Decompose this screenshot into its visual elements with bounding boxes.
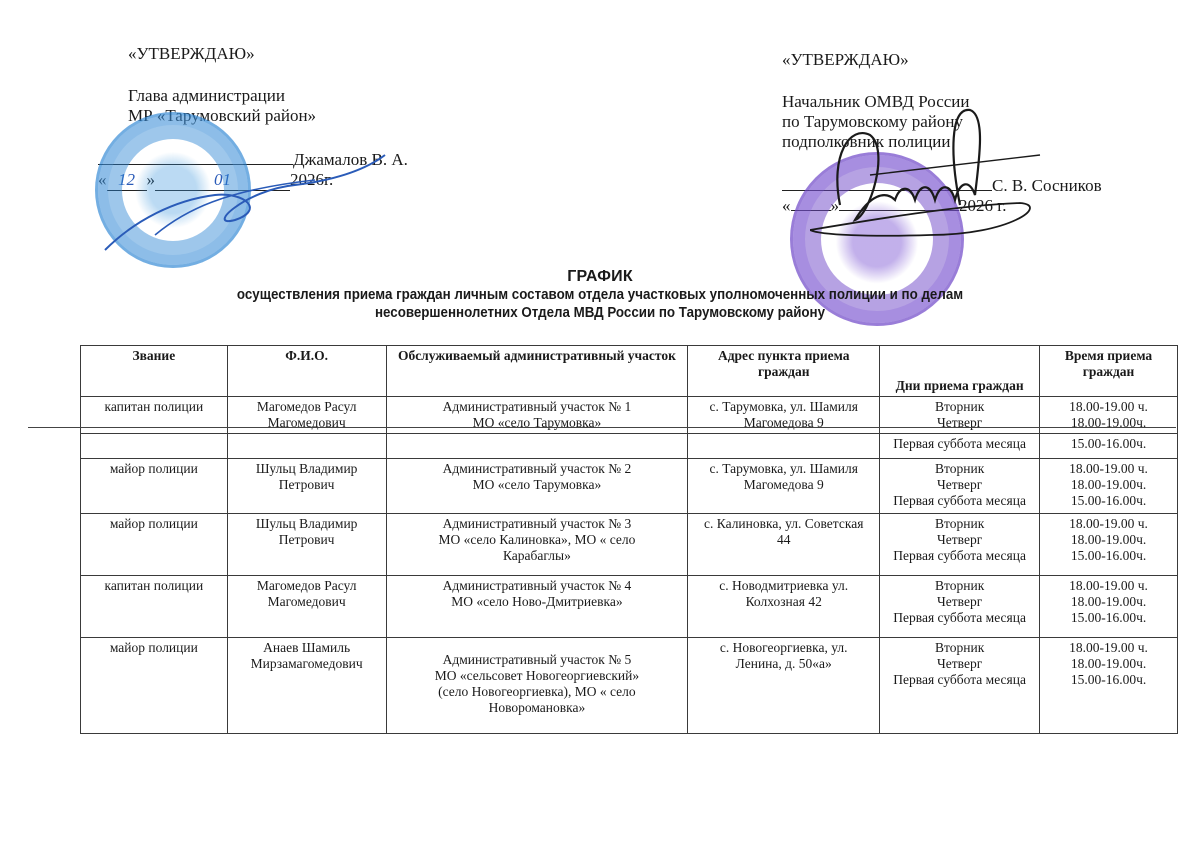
days-cell: ВторникЧетвергПервая суббота месяца <box>880 576 1040 638</box>
days-line: Первая суббота месяца <box>883 672 1036 688</box>
address-cell <box>688 434 880 459</box>
days-line: Четверг <box>883 415 1036 431</box>
approver-organization: по Тарумовскому району <box>782 112 1102 132</box>
rank-cell: майор полиции <box>81 514 228 576</box>
times-cell: 18.00-19.00 ч.18.00-19.00ч.15.00-16.00ч. <box>1040 576 1178 638</box>
days-line: Вторник <box>883 516 1036 532</box>
times-line: 15.00-16.00ч. <box>1043 610 1174 626</box>
document-title: ГРАФИК осуществления приема граждан личн… <box>0 268 1200 322</box>
date-year: 2026 г. <box>959 196 1007 215</box>
reception-schedule-table: Звание Ф.И.О. Обслуживаемый администрати… <box>80 345 1178 734</box>
days-line: Четверг <box>883 594 1036 610</box>
date-year: 2026г. <box>290 170 333 189</box>
district-line: МО «село Тарумовка» <box>390 477 685 493</box>
rank-cell <box>81 434 228 459</box>
days-line: Вторник <box>883 399 1036 415</box>
name-cell: Анаев Шамиль Мирзамагомедович <box>227 638 386 734</box>
district-cell: Административный участок № 5МО «сельсове… <box>386 638 688 734</box>
district-line: Новоромановка» <box>390 700 685 716</box>
days-line: Первая суббота месяца <box>883 493 1036 509</box>
header-name: Ф.И.О. <box>227 346 386 397</box>
district-cell: Административный участок № 4МО «село Нов… <box>386 576 688 638</box>
table-row: майор полицииШульц Владимир ПетровичАдми… <box>81 459 1178 514</box>
days-line: Четверг <box>883 532 1036 548</box>
name-cell: Шульц Владимир Петрович <box>227 459 386 514</box>
district-line: Административный участок № 4 <box>390 578 685 594</box>
address-cell: с. Новодмитриевка ул.Колхозная 42 <box>688 576 880 638</box>
approver-name: С. В. Сосников <box>992 176 1102 195</box>
district-line: Административный участок № 2 <box>390 461 685 477</box>
times-line: 15.00-16.00ч. <box>1043 436 1174 452</box>
times-line: 18.00-19.00ч. <box>1043 477 1174 493</box>
title-subtitle-line1: осуществления приема граждан личным сост… <box>48 286 1152 304</box>
days-cell: Первая суббота месяца <box>880 434 1040 459</box>
times-line: 18.00-19.00 ч. <box>1043 578 1174 594</box>
times-cell: 18.00-19.00 ч.18.00-19.00ч.15.00-16.00ч. <box>1040 514 1178 576</box>
days-cell: ВторникЧетвергПервая суббота месяца <box>880 638 1040 734</box>
approver-name: Джамалов В. А. <box>293 150 408 169</box>
district-cell: Административный участок № 3МО «село Кал… <box>386 514 688 576</box>
days-cell: ВторникЧетвергПервая суббота месяца <box>880 459 1040 514</box>
times-line: 18.00-19.00ч. <box>1043 415 1174 431</box>
divider-line <box>28 427 1176 428</box>
days-line: Вторник <box>883 578 1036 594</box>
days-line: Четверг <box>883 656 1036 672</box>
address-line: Магомедова 9 <box>691 477 876 493</box>
rank-cell: майор полиции <box>81 459 228 514</box>
district-line: МО «сельсовет Новогеоргиевский» <box>390 668 685 684</box>
district-line: Административный участок № 3 <box>390 516 685 532</box>
address-line: 44 <box>691 532 876 548</box>
times-line: 18.00-19.00 ч. <box>1043 516 1174 532</box>
district-line: МО «село Ново-Дмитриевка» <box>390 594 685 610</box>
address-cell: с. Калиновка, ул. Советская44 <box>688 514 880 576</box>
address-line: с. Калиновка, ул. Советская <box>691 516 876 532</box>
approval-heading: «УТВЕРЖДАЮ» <box>128 44 408 64</box>
days-line: Вторник <box>883 461 1036 477</box>
days-line: Вторник <box>883 640 1036 656</box>
address-line: Ленина, д. 50«а» <box>691 656 876 672</box>
name-cell: Шульц Владимир Петрович <box>227 514 386 576</box>
times-line: 15.00-16.00ч. <box>1043 493 1174 509</box>
times-cell: 15.00-16.00ч. <box>1040 434 1178 459</box>
district-line: МО «село Калиновка», МО « село <box>390 532 685 548</box>
date-quote: « <box>782 196 791 215</box>
days-line: Первая суббота месяца <box>883 548 1036 564</box>
approver-position: Начальник ОМВД России <box>782 92 1102 112</box>
table-row: Первая суббота месяца15.00-16.00ч. <box>81 434 1178 459</box>
name-cell: Магомедов Расул Магомедович <box>227 576 386 638</box>
days-cell: ВторникЧетвергПервая суббота месяца <box>880 514 1040 576</box>
approval-heading: «УТВЕРЖДАЮ» <box>782 50 1102 70</box>
table-row: майор полицииАнаев Шамиль Мирзамагомедов… <box>81 638 1178 734</box>
name-cell <box>227 434 386 459</box>
times-line: 18.00-19.00 ч. <box>1043 640 1174 656</box>
address-line: с. Новогеоргиевка, ул. <box>691 640 876 656</box>
header-times: Время приема граждан <box>1040 346 1178 397</box>
table-row: капитан полицииМагомедов Расул Магомедов… <box>81 576 1178 638</box>
address-line: с. Новодмитриевка ул. <box>691 578 876 594</box>
times-cell: 18.00-19.00 ч.18.00-19.00ч.15.00-16.00ч. <box>1040 459 1178 514</box>
address-cell: с. Новогеоргиевка, ул.Ленина, д. 50«а» <box>688 638 880 734</box>
times-line: 18.00-19.00 ч. <box>1043 399 1174 415</box>
times-line: 18.00-19.00ч. <box>1043 656 1174 672</box>
official-stamp-icon <box>95 112 251 268</box>
title-subtitle-line2: несовершеннолетних Отдела МВД России по … <box>48 304 1152 322</box>
address-line: с. Тарумовка, ул. Шамиля <box>691 399 876 415</box>
times-line: 15.00-16.00ч. <box>1043 548 1174 564</box>
rank-cell: капитан полиции <box>81 576 228 638</box>
district-line: Административный участок № 5 <box>390 652 685 668</box>
address-cell: с. Тарумовка, ул. ШамиляМагомедова 9 <box>688 459 880 514</box>
header-rank: Звание <box>81 346 228 397</box>
days-line: Первая суббота месяца <box>883 436 1036 452</box>
approver-rank: подполковник полиции <box>782 132 1102 152</box>
district-line: Административный участок № 1 <box>390 399 685 415</box>
address-line: Магомедова 9 <box>691 415 876 431</box>
times-line: 18.00-19.00 ч. <box>1043 461 1174 477</box>
approver-position: Глава администрации <box>128 86 408 106</box>
table-row: майор полицииШульц Владимир ПетровичАдми… <box>81 514 1178 576</box>
header-days: Дни приема граждан <box>880 346 1040 397</box>
days-line: Первая суббота месяца <box>883 610 1036 626</box>
times-line: 18.00-19.00ч. <box>1043 594 1174 610</box>
district-line: (село Новогеоргиевка), МО « село <box>390 684 685 700</box>
times-cell: 18.00-19.00 ч.18.00-19.00ч.15.00-16.00ч. <box>1040 638 1178 734</box>
district-line: Карабаглы» <box>390 548 685 564</box>
header-district: Обслуживаемый административный участок <box>386 346 688 397</box>
district-cell <box>386 434 688 459</box>
table-header-row: Звание Ф.И.О. Обслуживаемый администрати… <box>81 346 1178 397</box>
address-line: Колхозная 42 <box>691 594 876 610</box>
title-main: ГРАФИК <box>0 268 1200 286</box>
times-line: 18.00-19.00ч. <box>1043 532 1174 548</box>
district-cell: Административный участок № 2МО «село Тар… <box>386 459 688 514</box>
header-address: Адрес пункта приема граждан <box>688 346 880 397</box>
rank-cell: майор полиции <box>81 638 228 734</box>
district-line: МО «село Тарумовка» <box>390 415 685 431</box>
address-line: с. Тарумовка, ул. Шамиля <box>691 461 876 477</box>
days-line: Четверг <box>883 477 1036 493</box>
times-line: 15.00-16.00ч. <box>1043 672 1174 688</box>
